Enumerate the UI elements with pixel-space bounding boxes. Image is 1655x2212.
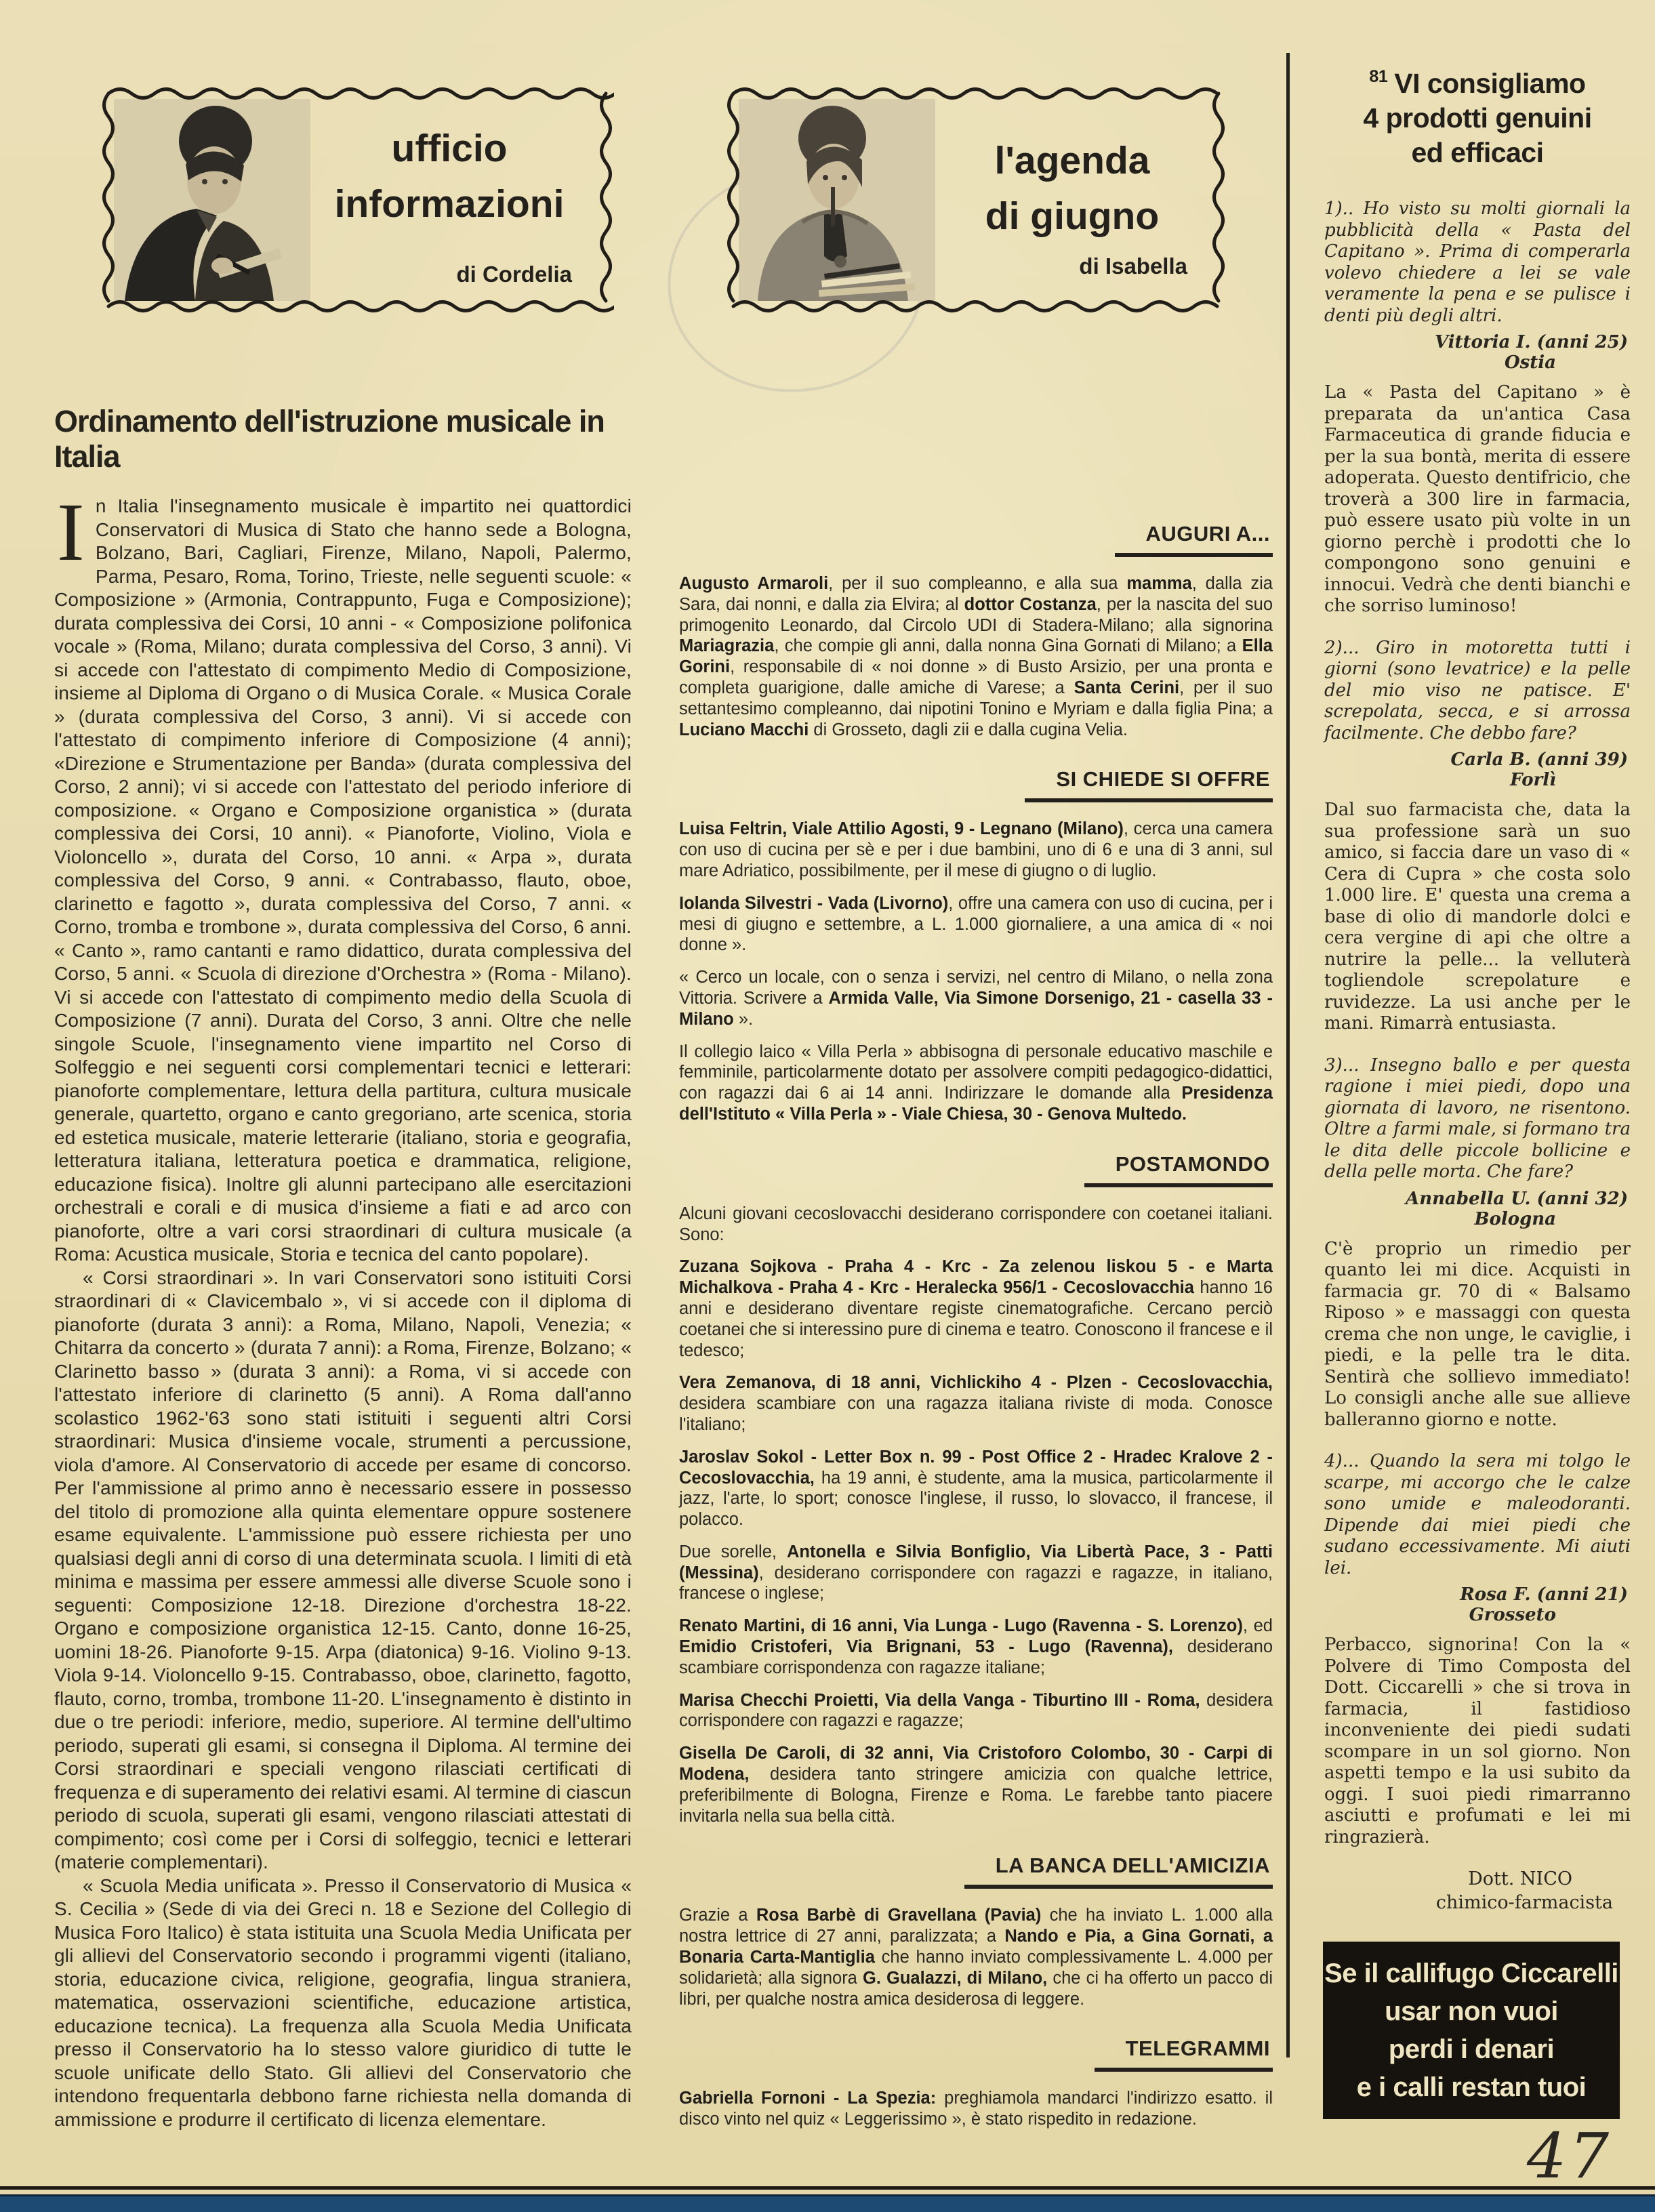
section-header-label: TELEGRAMMI (1095, 2036, 1273, 2072)
ad-line: usar non vuoi (1324, 1992, 1618, 2030)
reader-question: 3)... Insegno ballo e per questa ragione… (1324, 1055, 1631, 1183)
box-title-line: l'agenda (937, 133, 1208, 188)
box-title-line: ufficio (304, 121, 595, 176)
reader-signature: Annabella U. (anni 32) (1324, 1189, 1631, 1209)
section-paragraph: Iolanda Silvestri - Vada (Livorno), offr… (679, 893, 1273, 956)
section-header-label: AUGURI A... (1115, 522, 1273, 557)
box-title-line: informazioni (304, 176, 595, 232)
advice-entry-2: 2)... Giro in motoretta tutti i giorni (… (1324, 638, 1631, 1035)
header-box-agenda-giugno: l'agenda di giugno di Isabella (725, 85, 1227, 314)
section-paragraph: Grazie a Rosa Barbè di Gravellana (Pavia… (679, 1905, 1273, 2009)
byline-isabella: di Isabella (1079, 253, 1187, 279)
column-number-tag: 81 (1369, 67, 1387, 86)
reader-place: Grosseto (1324, 1605, 1631, 1625)
section-header-label: LA BANCA DELL'AMICIZIA (964, 1853, 1273, 1889)
reader-signature: Rosa F. (anni 21) (1324, 1584, 1631, 1605)
box-title-agenda: l'agenda di giugno (937, 133, 1208, 244)
section-paragraph: Gabriella Fornoni - La Spezia: preghiamo… (679, 2088, 1273, 2130)
article-paragraph: « Corsi straordinari ». In vari Conserva… (54, 1267, 632, 1875)
section-paragraph: Due sorelle, Antonella e Silvia Bonfigli… (679, 1542, 1273, 1604)
section-banca-amicizia: LA BANCA DELL'AMICIZIA Grazie a Rosa Bar… (679, 1853, 1273, 2009)
page-number: 47 (1527, 2120, 1612, 2192)
cordelia-portrait-illustration (114, 99, 310, 301)
section-postamondo: POSTAMONDO Alcuni giovani cecoslovacchi … (679, 1152, 1273, 1827)
advice-entry-4: 4)... Quando la sera mi tolgo le scarpe,… (1324, 1451, 1631, 1848)
advice-title-line: 4 prodotti genuini (1324, 101, 1631, 136)
reader-question: 4)... Quando la sera mi tolgo le scarpe,… (1324, 1451, 1631, 1579)
section-paragraph: Alcuni giovani cecoslovacchi desiderano … (679, 1204, 1273, 1246)
columnist-signature: Dott. NICO (1324, 1868, 1631, 1889)
expert-answer: Dal suo farmacista che, data la sua prof… (1324, 800, 1631, 1035)
reader-place: Bologna (1324, 1209, 1631, 1229)
expert-answer: Perbacco, signorina! Con la « Polvere di… (1324, 1635, 1631, 1848)
article-title: Ordinamento dell'istruzione musicale in … (54, 404, 632, 474)
bottom-scan-band (0, 2194, 1655, 2212)
reader-question: 2)... Giro in motoretta tutti i giorni (… (1324, 638, 1631, 745)
article-music-education: Ordinamento dell'istruzione musicale in … (54, 404, 632, 2131)
section-paragraph: Augusto Armaroli, per il suo compleanno,… (679, 573, 1273, 740)
magazine-page: ufficio informazioni di Cordelia (0, 0, 1655, 2212)
expert-answer: La « Pasta del Capitano » è preparata da… (1324, 382, 1631, 617)
ad-line: perdi i denari (1324, 2030, 1618, 2068)
reader-question: 1).. Ho visto su molti giornali la pubbl… (1324, 199, 1631, 327)
reader-signature: Carla B. (anni 39) (1324, 750, 1631, 770)
section-header: SI CHIEDE SI OFFRE (679, 767, 1273, 802)
section-header-label: POSTAMONDO (1084, 1152, 1273, 1187)
dropcap-letter: I (54, 495, 96, 565)
byline-cordelia: di Cordelia (456, 262, 572, 287)
box-title-ufficio: ufficio informazioni (304, 121, 595, 232)
advice-entry-1: 1).. Ho visto su molti giornali la pubbl… (1324, 199, 1631, 617)
section-header: LA BANCA DELL'AMICIZIA (679, 1853, 1273, 1889)
advice-column-title: 81VI consigliamo 4 prodotti genuini ed e… (1324, 60, 1631, 170)
section-paragraph: Vera Zemanova, di 18 anni, Vichlickiho 4… (679, 1372, 1273, 1435)
ad-line: e i calli restan tuoi (1324, 2068, 1618, 2106)
photo-cordelia (114, 99, 310, 301)
section-paragraph: Renato Martini, di 16 anni, Via Lunga - … (679, 1616, 1273, 1678)
expert-answer: C'è proprio un rimedio per quanto lei mi… (1324, 1239, 1631, 1431)
section-paragraph: Jaroslav Sokol - Letter Box n. 99 - Post… (679, 1447, 1273, 1530)
ciccarelli-ad: Se il callifugo Ciccarelli usar non vuoi… (1324, 1943, 1618, 2118)
section-si-chiede-si-offre: SI CHIEDE SI OFFRE Luisa Feltrin, Viale … (679, 767, 1273, 1124)
section-paragraph: Marisa Checchi Proietti, Via della Vanga… (679, 1690, 1273, 1732)
section-header: TELEGRAMMI (679, 2036, 1273, 2072)
section-paragraph: Luisa Feltrin, Viale Attilio Agosti, 9 -… (679, 819, 1273, 881)
advice-title-text: VI consigliamo (1394, 68, 1585, 99)
section-header-label: SI CHIEDE SI OFFRE (1025, 767, 1273, 802)
article-text: n Italia l'insegnamento musicale è impar… (54, 495, 632, 1265)
advice-title-line: ed efficaci (1324, 136, 1631, 170)
header-box-ufficio-informazioni: ufficio informazioni di Cordelia (100, 85, 614, 314)
bottom-rule (0, 2186, 1655, 2190)
photo-isabella (739, 99, 935, 301)
advice-title-line: 81VI consigliamo (1324, 60, 1631, 101)
letters-column: AUGURI A... Augusto Armaroli, per il suo… (679, 522, 1273, 2142)
column-divider-rule (1286, 53, 1290, 2057)
section-paragraph: Zuzana Sojkova - Praha 4 - Krc - Za zele… (679, 1256, 1273, 1361)
reader-place: Ostia (1324, 352, 1631, 373)
section-paragraph: « Cerco un locale, con o senza i servizi… (679, 967, 1273, 1029)
ad-line: Se il callifugo Ciccarelli (1324, 1954, 1618, 1992)
advice-column: 81VI consigliamo 4 prodotti genuini ed e… (1324, 60, 1631, 2118)
reader-signature: Vittoria I. (anni 25) (1324, 332, 1631, 352)
isabella-portrait-illustration (739, 99, 935, 301)
section-auguri: AUGURI A... Augusto Armaroli, per il suo… (679, 522, 1273, 740)
section-paragraph: Gisella De Caroli, di 32 anni, Via Crist… (679, 1743, 1273, 1826)
section-header: POSTAMONDO (679, 1152, 1273, 1187)
article-paragraph: « Scuola Media unificata ». Presso il Co… (54, 1875, 632, 2132)
section-header: AUGURI A... (679, 522, 1273, 557)
columnist-role: chimico-farmacista (1324, 1892, 1631, 1913)
section-paragraph: Il collegio laico « Villa Perla » abbiso… (679, 1042, 1273, 1125)
reader-place: Forlì (1324, 770, 1631, 790)
section-telegrammi: TELEGRAMMI Gabriella Fornoni - La Spezia… (679, 2036, 1273, 2130)
box-title-line: di giugno (937, 188, 1208, 244)
article-paragraph: In Italia l'insegnamento musicale è impa… (54, 495, 632, 1267)
advice-entry-3: 3)... Insegno ballo e per questa ragione… (1324, 1055, 1631, 1431)
